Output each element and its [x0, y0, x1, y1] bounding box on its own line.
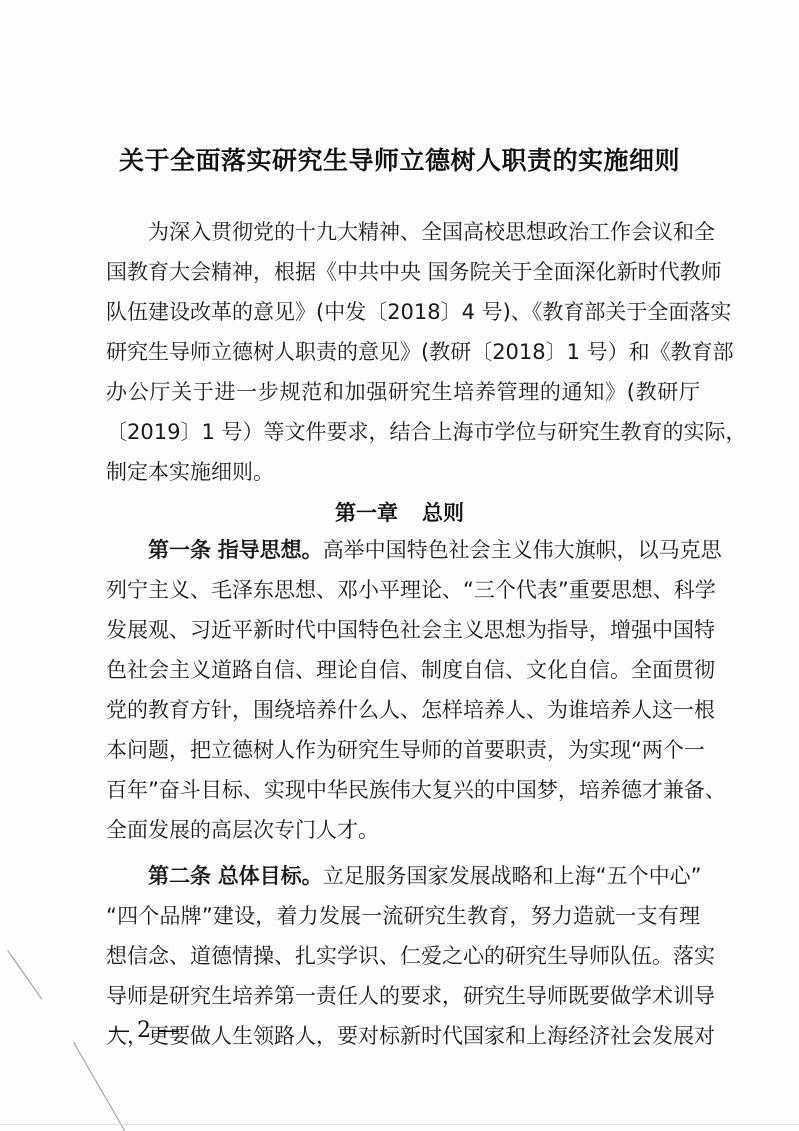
- text-line: 想信念、道德情操、扎实学识、仁爱之心的研究生导师队伍。落实: [106, 936, 700, 976]
- text-line: 发展观、习近平新时代中国特色社会主义思想为指导，增强中国特: [106, 610, 700, 650]
- text-line: 第一条 指导思想。高举中国特色社会主义伟大旗帜，以马克思: [106, 530, 700, 570]
- article-heading: 总体目标。: [218, 864, 323, 888]
- text-line: 导师是研究生培养第一责任人的要求，研究生导师既要做学术训导: [106, 976, 700, 1016]
- text-line: 制定本实施细则。: [106, 452, 700, 492]
- text-line: “四个品牌”建设，着力发展一流研究生教育，努力造就一支有理: [106, 896, 700, 936]
- text-line: 列宁主义、毛泽东思想、邓小平理论、“三个代表”重要思想、科学: [106, 570, 700, 610]
- text-line: 色社会主义道路自信、理论自信、制度自信、文化自信。全面贯彻: [106, 650, 700, 690]
- text-line: 人，更要做人生领路人，要对标新时代国家和上海经济社会发展对: [106, 1016, 700, 1056]
- preamble-paragraph: 为深入贯彻党的十九大精神、全国高校思想政治工作会议和全 国教育大会精神，根据《中…: [106, 212, 700, 492]
- chapter-name: 总则: [422, 501, 464, 525]
- text-line: 为深入贯彻党的十九大精神、全国高校思想政治工作会议和全: [106, 212, 700, 252]
- text-line: 全面发展的高层次专门人才。: [106, 810, 700, 850]
- document-page: 关于全面落实研究生导师立德树人职责的实施细则 为深入贯彻党的十九大精神、全国高校…: [0, 0, 799, 1131]
- scan-artifact-line: [7, 950, 42, 1000]
- article-heading: 指导思想。: [218, 538, 323, 562]
- text-line: 本问题，把立德树人作为研究生导师的首要职责，为实现“两个一: [106, 730, 700, 770]
- article-1: 第一条 指导思想。高举中国特色社会主义伟大旗帜，以马克思 列宁主义、毛泽东思想、…: [106, 530, 700, 850]
- text-line: 第二条 总体目标。立足服务国家发展战略和上海“五个中心”: [106, 856, 700, 896]
- chapter-heading: 第一章总则: [0, 497, 799, 527]
- text-line: 百年”奋斗目标、实现中华民族伟大复兴的中国梦，培养德才兼备、: [106, 770, 700, 810]
- text-line: 办公厅关于进一步规范和加强研究生培养管理的通知》(教研厅: [106, 372, 700, 412]
- text-line: 国教育大会精神，根据《中共中央 国务院关于全面深化新时代教师: [106, 252, 700, 292]
- scan-artifact-line: [0, 1124, 799, 1125]
- chapter-number: 第一章: [335, 501, 398, 525]
- article-text: 高举中国特色社会主义伟大旗帜，以马克思: [323, 538, 722, 562]
- text-line: 研究生导师立德树人职责的意见》(教研〔2018〕1 号）和《教育部: [106, 332, 700, 372]
- article-2: 第二条 总体目标。立足服务国家发展战略和上海“五个中心” “四个品牌”建设，着力…: [106, 856, 700, 1056]
- article-label: 第二条: [148, 864, 211, 888]
- document-title: 关于全面落实研究生导师立德树人职责的实施细则: [0, 141, 799, 177]
- text-line: 〔2019〕1 号）等文件要求，结合上海市学位与研究生教育的实际，: [106, 412, 700, 452]
- text-line: 队伍建设改革的意见》(中发〔2018〕4 号)、《教育部关于全面落实: [106, 292, 700, 332]
- text-line: 党的教育方针，围绕培养什么人、怎样培养人、为谁培养人这一根: [106, 690, 700, 730]
- article-text: 立足服务国家发展战略和上海“五个中心”: [323, 864, 702, 888]
- article-label: 第一条: [148, 538, 211, 562]
- page-number: — 2 —: [108, 1018, 180, 1043]
